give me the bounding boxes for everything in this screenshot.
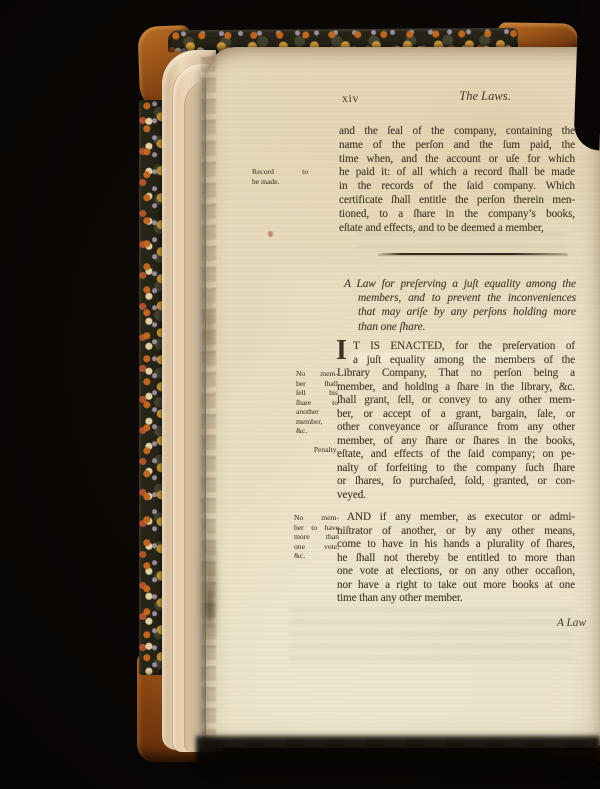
page-folio: xiv <box>342 91 359 106</box>
text-line: ſhall grant, ſell, or convey to any othe… <box>337 394 575 408</box>
margin-note-penalty: Penalty. <box>296 445 338 455</box>
margin-note-no-sale: No mem-ber ſhallſell hisſhare toanotherm… <box>296 369 338 436</box>
foxing-spot <box>268 231 273 237</box>
book-page: xiv The Laws. Record tobe made. and the … <box>206 47 600 748</box>
text-line: ber, or accept of a grant, bargain, ſale… <box>337 408 575 422</box>
text-line: he paid it: of all which a record ſhall … <box>339 166 575 180</box>
background-shadow-wedge <box>573 0 600 150</box>
text-line: name of the perſon and the ſum paid, the <box>339 139 575 153</box>
text-line: tioned, to a ſhare in the company’s book… <box>339 208 575 222</box>
book-bottom-shadow <box>196 736 600 766</box>
text-line: member, and holding a ſhare in the libra… <box>337 381 575 395</box>
text-line: member, of any ſhare or ſhares in the bo… <box>337 435 575 449</box>
text-line: A Law for preſerving a juſt equality amo… <box>344 277 576 291</box>
text-line: eſtate, and effects of the ſaid company;… <box>337 448 575 462</box>
law-heading: A Law for preſerving a juſt equality amo… <box>344 277 576 334</box>
stain <box>204 587 215 629</box>
text-line: eſtate and effects, and to be deemed a m… <box>339 222 575 236</box>
text-line: certificate ſhall entitle the perſon the… <box>339 194 575 208</box>
text-line: or ſhares, ſo purchaſed, ſold, granted, … <box>337 475 575 489</box>
margin-note-record: Record tobe made. <box>252 167 308 186</box>
text-line: No mem- <box>296 369 338 379</box>
running-title: The Laws. <box>425 89 545 104</box>
catchword: A Law <box>542 617 586 629</box>
ink-showthrough <box>288 609 574 667</box>
text-line: &c. <box>294 551 339 561</box>
text-line: ber ſhall <box>296 379 338 389</box>
text-line: be made. <box>252 177 308 187</box>
text-line: nor have a right to take out more books … <box>337 579 575 593</box>
photo-background: xiv The Laws. Record tobe made. and the … <box>0 0 600 789</box>
paragraph-plurality: AND if any member, as executor or admi-n… <box>337 511 575 606</box>
text-line: that may ariſe by any perſons holding mo… <box>344 305 576 319</box>
margin-note-one-vote: No mem-ber to havemore thanone vote,&c. <box>294 513 339 561</box>
paragraph-certificate: and the ſeal of the company, containing … <box>339 125 575 235</box>
text-line: veyed. <box>337 489 575 503</box>
text-line: ſell his <box>296 388 338 398</box>
text-line: ber to have <box>294 523 339 533</box>
text-line: he ſhall not thereby be entitled to more… <box>337 552 575 566</box>
text-line: T IS ENACTED, for the preſervation of <box>337 340 575 354</box>
text-line: come to have in his hands a plurality of… <box>337 538 575 552</box>
text-line: than one ſhare. <box>344 320 576 334</box>
text-line: time when, and the account or uſe for wh… <box>339 153 575 167</box>
text-line: one vote at elections, or on any other o… <box>337 565 575 579</box>
text-line: Penalty. <box>296 445 338 455</box>
text-line: time than any other member. <box>337 592 575 606</box>
text-line: member, <box>296 417 338 427</box>
text-line: niſtrator of another, or by any other me… <box>337 525 575 539</box>
text-line: members, and to prevent the inconvenienc… <box>344 291 576 305</box>
text-line: in the records of the ſaid company. Whic… <box>339 180 575 194</box>
ink-showthrough <box>356 233 568 253</box>
stain <box>202 287 216 377</box>
text-line: other conveyance or aſſurance from any o… <box>337 421 575 435</box>
text-line: a juſt equality among the members of the <box>337 354 575 368</box>
text-line: nalty of forfeiting to the company ſuch … <box>337 462 575 476</box>
text-line: AND if any member, as executor or admi- <box>337 511 575 525</box>
text-line: Record to <box>252 167 308 177</box>
text-line: more than <box>294 532 339 542</box>
text-line: another <box>296 407 338 417</box>
text-line: No mem- <box>294 513 339 523</box>
text-line: &c. <box>296 426 338 436</box>
text-line: ſhare to <box>296 398 338 408</box>
paragraph-enacted: T IS ENACTED, for the preſervation ofa j… <box>337 340 575 502</box>
text-line: one vote, <box>294 542 339 552</box>
text-line: Library Company, That no perſon being a <box>337 367 575 381</box>
section-rule-divider <box>378 253 568 255</box>
text-line: and the ſeal of the company, containing … <box>339 125 575 139</box>
